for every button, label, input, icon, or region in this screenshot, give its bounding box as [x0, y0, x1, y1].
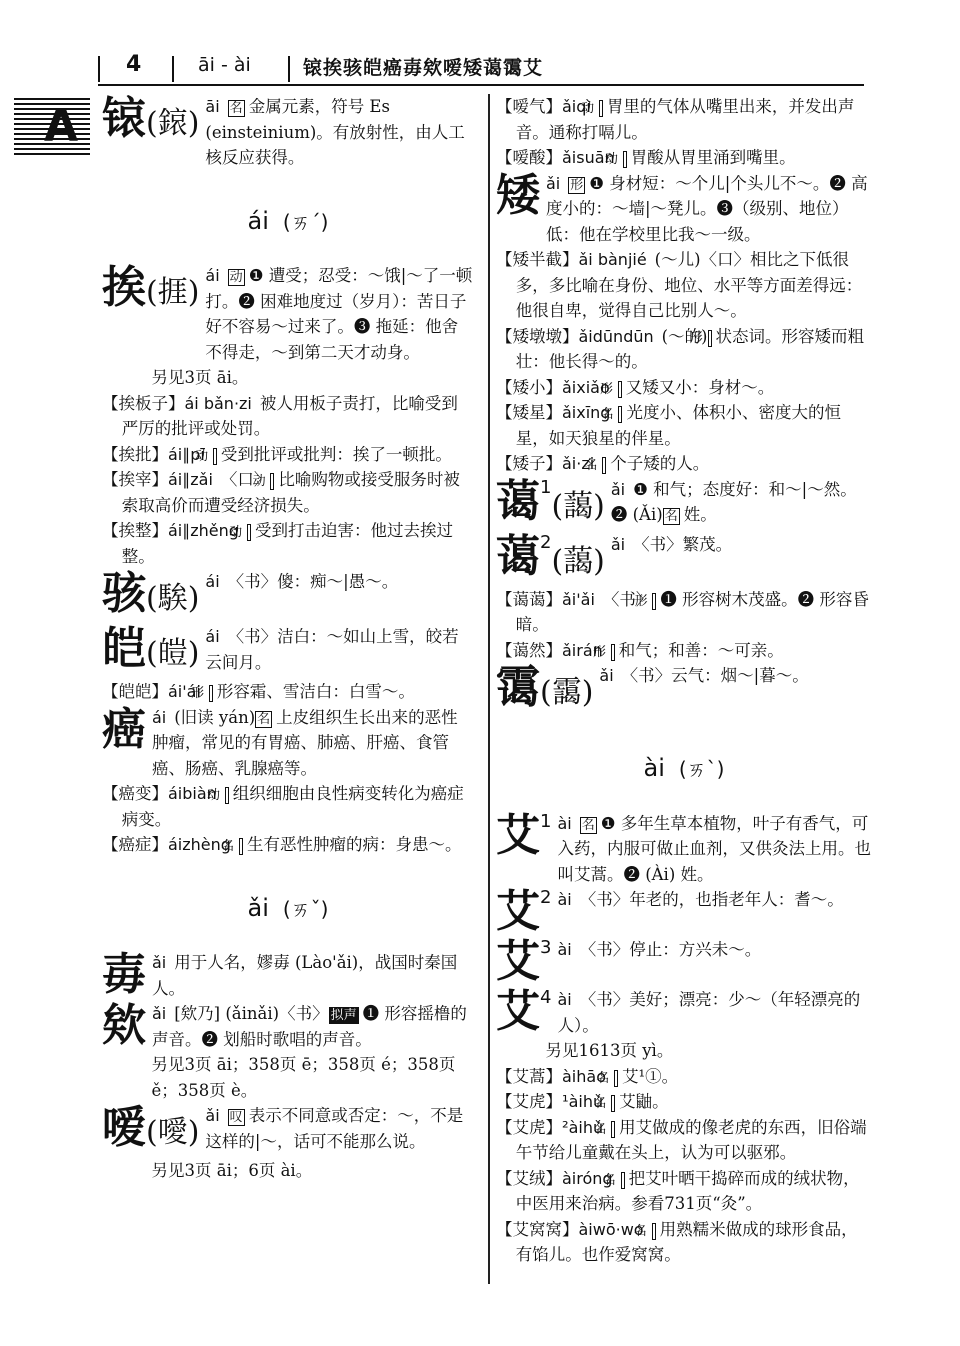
- entry-ai7: 欸 ǎi[欸乃] (ǎinǎi)〈书〉拟声❶ 形容摇橹的声音。❷ 划船时歌唱的声…: [102, 1001, 474, 1052]
- headword: 毐: [102, 950, 146, 1000]
- compound-entry: 【艾绒】àiróng名把艾叶晒干捣碎而成的绒状物，中医用来治病。参看731页“灸…: [496, 1166, 872, 1217]
- compound-entry: 【艾虎】¹àihǔ名艾鼬。: [496, 1089, 872, 1115]
- pinyin: āi: [205, 97, 219, 116]
- compound-entry: 【矮小】ǎixiǎo形又矮又小：身材～。: [496, 375, 872, 401]
- compound-entry: 【癌变】áibiàn动组织细胞由良性病变转化为癌症病变。: [102, 781, 474, 832]
- compound-entry: 【矮子】ǎi·zi名个子矮的人。: [496, 451, 872, 477]
- entry-ai6: 毐 ǎi用于人名，嫪毐 (Lào'ǎi)，战国时秦国人。: [102, 950, 474, 1001]
- entry-ai1: 锿(鎄) āi名金属元素，符号 Es (einsteinium)。有放射性，由人…: [102, 94, 474, 171]
- compound-entry: 【矮半截】ǎi bànjié(～儿)〈口〉相比之下低很多，多比喻在身份、地位、水…: [496, 247, 872, 324]
- compound-entry: 【蔼然】ǎirán形和气；和善：～可亲。: [496, 638, 872, 664]
- compound-entry: 【蔼蔼】ǎi'ǎi〈书〉形❶ 形容树木茂盛。❷ 形容昏暗。: [496, 587, 872, 638]
- headword: 艾3: [496, 937, 551, 987]
- header-rule: [172, 56, 174, 82]
- entry-ai-mugwort-2: 艾2 ài〈书〉年老的，也指老年人：耆～。: [496, 887, 872, 937]
- headword: 骇(騃): [102, 569, 199, 624]
- header-characters: 锿挨骇皑癌毐欸嗳矮蔼霭艾: [303, 53, 543, 80]
- entry-ai-mugwort-3: 艾3 ài〈书〉停止：方兴未～。: [496, 937, 872, 987]
- headword: 癌: [102, 705, 146, 755]
- entry-ai-kind-2: 蔼2(藹) ǎi〈书〉繁茂。: [496, 532, 872, 587]
- pinyin-range: āi - ài: [198, 54, 251, 76]
- column-divider: [488, 94, 490, 1284]
- compound-entry: 【嗳酸】ǎisuān动胃酸从胃里涌到嘴里。: [496, 145, 872, 171]
- cross-reference: 另见3页 āi。: [102, 365, 474, 391]
- compound-entry: 【挨宰】ái∥zǎi〈口〉动比喻购物或接受服务时被索取高价而遭受经济损失。: [102, 467, 474, 518]
- header-rule: [288, 56, 290, 82]
- left-column: 锿(鎄) āi名金属元素，符号 Es (einsteinium)。有放射性，由人…: [102, 94, 474, 1184]
- cross-reference: 另见3页 āi；358页 ē；358页 é；358页 ě；358页 è。: [102, 1052, 474, 1103]
- compound-entry: 【艾虎】²àihǔ名用艾做成的像老虎的东西，旧俗端午节给儿童戴在头上，认为可以驱…: [496, 1115, 872, 1166]
- entry-ai-mugwort-1: 艾1 ài名❶ 多年生草本植物，叶子有香气，可入药，内服可做止血剂，又供灸法上用…: [496, 811, 872, 888]
- entry-ai5: 癌 ái(旧读 yán)名上皮组织生长出来的恶性肿瘤，常见的有胃癌、肺癌、肝癌、…: [102, 705, 474, 782]
- compound-entry: 【皑皑】ái'ái形形容霜、雪洁白：白雪～。: [102, 679, 474, 705]
- headword: 欸: [102, 1001, 146, 1051]
- entry-ai3: 骇(騃) ái〈书〉傻：痴～|愚～。: [102, 569, 474, 624]
- headword: 蔼2(藹): [496, 532, 605, 587]
- headword: 矮: [496, 171, 540, 221]
- entry-ai-mist: 霭(靄) ǎi〈书〉云气：烟～|暮～。: [496, 663, 872, 718]
- right-column: 【嗳气】ǎiqì动胃里的气体从嘴里出来，并发出声音。通称打嗝儿。 【嗳酸】ǎis…: [496, 94, 872, 1268]
- syllable-heading: ài(ㄞˋ): [496, 756, 872, 783]
- entry-ai-short: 矮 ǎi形❶ 身材短：～个儿|个头儿不～。❷ 高度小的：～墙|～凳儿。❸（级别、…: [496, 171, 872, 248]
- entry-ai2: 挨(捱) ái动❶ 遭受；忍受：～饿|～了一顿打。❷ 困难地度过（岁月）：苦日子…: [102, 263, 474, 365]
- thumb-index-tab: A: [14, 98, 90, 156]
- header-rule: [98, 56, 100, 82]
- entry-ai8: 嗳(噯) ǎi叹表示不同意或否定：～，不是这样的|～，话可不能那么说。: [102, 1103, 474, 1158]
- headword: 艾4: [496, 987, 551, 1037]
- compound-entry: 【矮墩墩】ǎidūndūn(～的)形状态词。形容矮而粗壮：他长得～的。: [496, 324, 872, 375]
- definition: ❶ 遭受；忍受：～饿|～了一顿打。❷ 困难地度过（岁月）：苦日子好不容易～过来了…: [205, 266, 472, 362]
- pos-tag: 名: [228, 100, 245, 117]
- cross-reference: 另见3页 āi；6页 ài。: [102, 1158, 474, 1184]
- compound-entry: 【癌症】áizhèng名生有恶性肿瘤的病：身患～。: [102, 832, 474, 858]
- page-header: 4 āi - ài 锿挨骇皑癌毐欸嗳矮蔼霭艾: [98, 48, 864, 86]
- thumb-index-letter: A: [44, 102, 78, 152]
- headword: 嗳(噯): [102, 1103, 199, 1158]
- headword: 锿(鎄): [102, 94, 199, 149]
- headword: 霭(靄): [496, 663, 593, 718]
- compound-entry: 【挨整】ái∥zhěng动受到打击迫害：他过去挨过整。: [102, 518, 474, 569]
- compound-entry: 【艾蒿】àihāo名艾¹①。: [496, 1064, 872, 1090]
- headword: 艾2: [496, 887, 551, 937]
- compound-entry: 【挨批】ái∥pī动受到批评或批判：挨了一顿批。: [102, 442, 474, 468]
- compound-entry: 【挨板子】ái bǎn·zi被人用板子责打，比喻受到严厉的批评或处罚。: [102, 391, 474, 442]
- syllable-heading: ǎi(ㄞˇ): [102, 896, 474, 923]
- entry-ai4: 皑(皚) ái〈书〉洁白：～如山上雪，皎若云间月。: [102, 624, 474, 679]
- cross-reference: 另见1613页 yì。: [496, 1038, 872, 1064]
- syllable-heading: ái(ㄞˊ): [102, 209, 474, 236]
- compound-entry: 【艾窝窝】àiwō·wo名用熟糯米做成的球形食品，有馅儿。也作爱窝窝。: [496, 1217, 872, 1268]
- entry-ai-mugwort-4: 艾4 ài〈书〉美好；漂亮：少～（年轻漂亮的人）。: [496, 987, 872, 1038]
- headword: 蔼1(藹): [496, 477, 605, 532]
- entry-ai-kind-1: 蔼1(藹) ǎi❶ 和气；态度好：和～|～然。❷ (Ǎi)名姓。: [496, 477, 872, 532]
- page-number: 4: [126, 52, 141, 77]
- headword: 艾1: [496, 811, 551, 861]
- compound-entry: 【矮星】ǎixīng名光度小、体积小、密度大的恒星，如天狼星的伴星。: [496, 400, 872, 451]
- headword: 挨(捱): [102, 263, 199, 318]
- headword: 皑(皚): [102, 624, 199, 679]
- compound-entry: 【嗳气】ǎiqì动胃里的气体从嘴里出来，并发出声音。通称打嗝儿。: [496, 94, 872, 145]
